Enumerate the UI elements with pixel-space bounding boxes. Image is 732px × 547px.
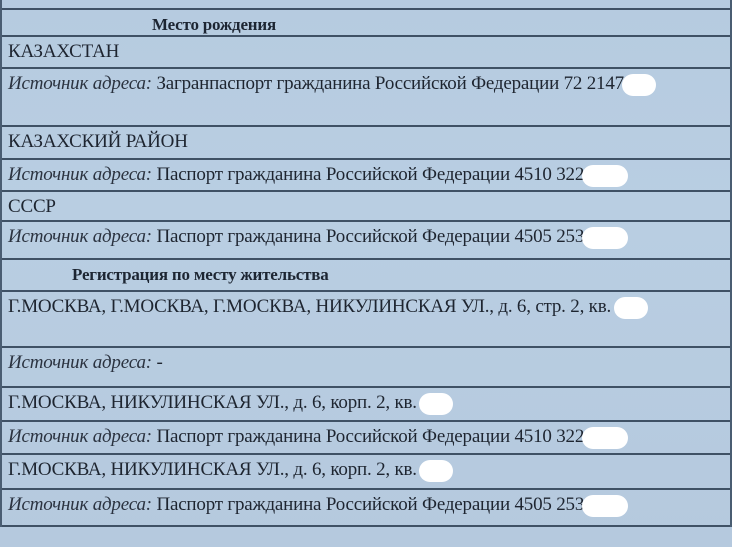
redaction-mark — [582, 427, 628, 449]
address-source-row: Источник адреса: Загранпаспорт гражданин… — [2, 69, 730, 127]
source-value: Паспорт гражданина Российской Федерации … — [156, 426, 584, 447]
address-value: Г.МОСКВА, Г.МОСКВА, Г.МОСКВА, НИКУЛИНСКА… — [8, 296, 611, 317]
source-value: Загранпаспорт гражданина Российской Феде… — [156, 73, 624, 94]
source-label: Источник адреса: — [8, 164, 152, 185]
source-label: Источник адреса: — [8, 494, 152, 515]
address-row: Г.МОСКВА, Г.МОСКВА, Г.МОСКВА, НИКУЛИНСКА… — [2, 292, 730, 348]
previous-row-stub — [2, 0, 730, 10]
address-value: КАЗАХСКИЙ РАЙОН — [8, 131, 188, 152]
address-source-row: Источник адреса: - — [2, 348, 730, 388]
section-title: Регистрация по месту жительства — [72, 265, 329, 284]
address-value: Г.МОСКВА, НИКУЛИНСКАЯ УЛ., д. 6, корп. 2… — [8, 392, 417, 413]
redaction-mark — [582, 227, 628, 249]
document-page: Место рождения КАЗАХСТАН Источник адреса… — [0, 0, 732, 547]
source-value: - — [156, 352, 162, 373]
source-value: Паспорт гражданина Российской Федерации … — [156, 164, 584, 185]
source-label: Источник адреса: — [8, 226, 152, 247]
address-row: КАЗАХСКИЙ РАЙОН — [2, 127, 730, 160]
address-table: Место рождения КАЗАХСТАН Источник адреса… — [0, 0, 732, 527]
redaction-mark — [622, 74, 656, 96]
address-value: СССР — [8, 196, 56, 217]
source-value: Паспорт гражданина Российской Федерации … — [156, 226, 584, 247]
address-row: СССР — [2, 192, 730, 222]
redaction-mark — [582, 495, 628, 517]
address-source-row: Источник адреса: Паспорт гражданина Росс… — [2, 490, 730, 527]
address-row: Г.МОСКВА, НИКУЛИНСКАЯ УЛ., д. 6, корп. 2… — [2, 455, 730, 490]
section-title: Место рождения — [152, 15, 276, 34]
source-label: Источник адреса: — [8, 73, 152, 94]
address-row: КАЗАХСТАН — [2, 37, 730, 69]
section-header-registration: Регистрация по месту жительства — [2, 260, 730, 292]
address-value: КАЗАХСТАН — [8, 41, 119, 62]
source-label: Источник адреса: — [8, 426, 152, 447]
address-source-row: Источник адреса: Паспорт гражданина Росс… — [2, 160, 730, 192]
redaction-mark — [419, 460, 453, 482]
source-value: Паспорт гражданина Российской Федерации … — [156, 494, 584, 515]
address-source-row: Источник адреса: Паспорт гражданина Росс… — [2, 222, 730, 260]
section-header-birthplace: Место рождения — [2, 10, 730, 37]
address-source-row: Источник адреса: Паспорт гражданина Росс… — [2, 422, 730, 455]
address-value: Г.МОСКВА, НИКУЛИНСКАЯ УЛ., д. 6, корп. 2… — [8, 459, 417, 480]
redaction-mark — [419, 393, 453, 415]
source-label: Источник адреса: — [8, 352, 152, 373]
redaction-mark — [614, 297, 648, 319]
redaction-mark — [582, 165, 628, 187]
address-row: Г.МОСКВА, НИКУЛИНСКАЯ УЛ., д. 6, корп. 2… — [2, 388, 730, 422]
